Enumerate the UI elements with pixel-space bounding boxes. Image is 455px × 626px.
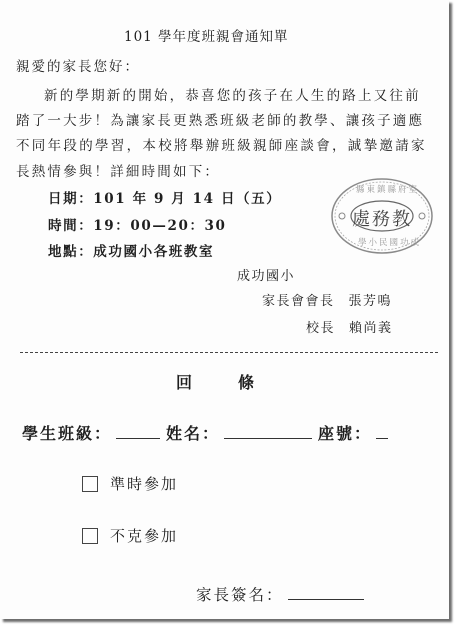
name-label: 姓名： <box>166 424 220 443</box>
seat-field[interactable] <box>376 424 388 439</box>
pta-title: 家長會會長 <box>262 294 335 309</box>
pta-name: 張芳鳴 <box>349 294 393 309</box>
attend-checkbox[interactable] <box>82 476 98 492</box>
meeting-location: 地點：成功國小各班教室 <box>48 240 214 260</box>
paragraph-line: 新的學期新的開始，恭喜您的孩子在人生的路上又往前 <box>44 84 421 104</box>
principal-title: 校長 <box>306 321 335 336</box>
document-title: 101 學年度班親會通知單 <box>124 25 289 45</box>
option-attend[interactable]: 準時參加 <box>82 473 178 494</box>
meeting-time: 時間：19：00—20：30 <box>48 214 227 234</box>
paragraph-line: 不同年段的學習，本校將舉辦班級親師座談會，誠摯邀請家 <box>16 134 427 154</box>
decline-checkbox[interactable] <box>82 528 98 544</box>
parent-signature-field[interactable] <box>288 585 364 600</box>
stamp-ring-bottom: 學小民國功成 <box>358 236 421 248</box>
seat-label: 座號： <box>318 424 372 443</box>
office-stamp-icon: 處務教 縣東鎮縣府室 學小民國功成 <box>330 176 434 256</box>
option-decline[interactable]: 不克參加 <box>82 525 178 546</box>
reply-slip-title: 回條 <box>176 370 300 393</box>
stamp-ring-top: 縣東鎮縣府室 <box>356 183 419 195</box>
school-name: 成功國小 <box>237 265 295 284</box>
parent-signature-row: 家長簽名： <box>196 583 370 605</box>
greeting: 親愛的家長您好： <box>16 55 140 75</box>
class-field[interactable] <box>116 424 160 439</box>
parent-signature-label: 家長簽名： <box>196 586 284 604</box>
notice-page: 101 學年度班親會通知單 親愛的家長您好： 新的學期新的開始，恭喜您的孩子在人… <box>0 0 449 619</box>
student-info-row: 學生班級：姓名：座號： <box>22 421 394 444</box>
pta-president-signature: 家長會會長張芳鳴 <box>262 290 392 309</box>
paragraph-line: 踏了一大步！為讓家長更熟悉班級老師的教學、讓孩子適應 <box>16 109 424 129</box>
name-field[interactable] <box>224 424 312 439</box>
principal-signature: 校長賴尚義 <box>306 317 393 336</box>
decline-label: 不克參加 <box>110 525 178 546</box>
meeting-date: 日期：101 年 9 月 14 日（五） <box>48 187 281 207</box>
paragraph-line: 長熱情參與！詳細時間如下： <box>16 160 220 180</box>
stamp-center-text: 處務教 <box>352 205 412 231</box>
attend-label: 準時參加 <box>110 473 178 494</box>
principal-name: 賴尚義 <box>349 321 393 336</box>
cut-line-divider <box>20 352 438 353</box>
class-label: 學生班級： <box>22 424 112 443</box>
